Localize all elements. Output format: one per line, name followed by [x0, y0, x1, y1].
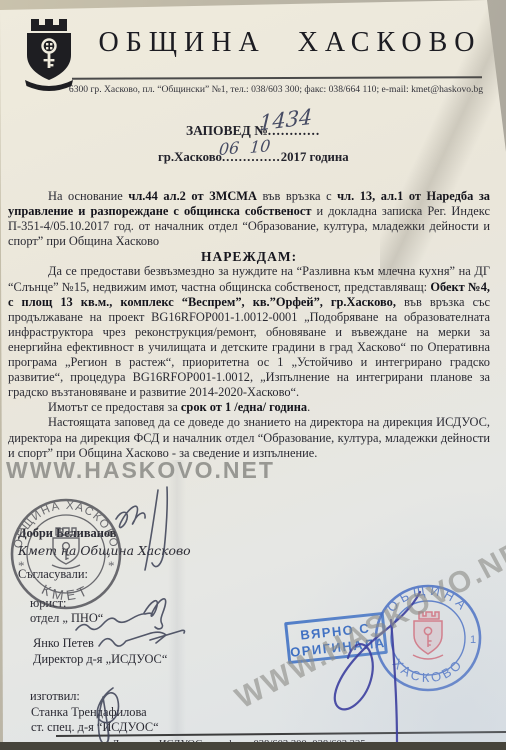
- signature-director: [99, 632, 166, 646]
- svg-text:*: *: [108, 558, 115, 573]
- scanned-document-page: ОБЩИНА ХАСКОВО 6300 гр. Хасково, пл. “Об…: [0, 0, 506, 747]
- svg-text:КМЕТ: КМЕТ: [39, 581, 93, 604]
- organization-title: ОБЩИНА ХАСКОВО: [88, 27, 492, 59]
- order-city: гр.Хасково: [158, 150, 222, 164]
- svg-text:1: 1: [470, 634, 476, 646]
- director-title: Директор д-я „ИСДУОС“: [33, 652, 167, 667]
- order-year: 2017 година: [281, 150, 349, 164]
- signature-jurist: [144, 599, 166, 629]
- scan-table-edge: [0, 742, 506, 750]
- order-label: ЗАПОВЕД №: [186, 123, 268, 138]
- signature-mayor: [145, 490, 158, 570]
- handwritten-day: 06: [218, 138, 240, 159]
- body-paragraph-3: Настоящата заповед да се доведе до знани…: [8, 415, 490, 460]
- signature-director: [150, 630, 185, 640]
- svg-text:ХАСКОВО: ХАСКОВО: [390, 656, 467, 686]
- svg-text:*: *: [18, 558, 25, 573]
- document-body: На основание чл.44 ал.2 от ЗМСМА във връ…: [8, 189, 490, 461]
- director-name: Янко Петев: [33, 636, 94, 651]
- prepared-label: изготвил:: [30, 689, 80, 704]
- prepared-title: ст. спец. д-я “ИСДУОС“: [31, 720, 159, 735]
- prepared-name: Станка Трендафилова: [31, 705, 147, 720]
- mayor-round-stamp: ОБЩИНА ХАСКОВО КМЕТ * *: [4, 492, 128, 616]
- paper-fold-shadow: [168, 460, 186, 747]
- handwritten-month: 10: [249, 136, 271, 157]
- watermark-horizontal: WWW.HASKOVO.NET: [6, 457, 275, 484]
- preamble-paragraph: На основание чл.44 ал.2 от ЗМСМА във връ…: [8, 189, 490, 249]
- haskovo-coat-of-arms-logo: [19, 15, 79, 93]
- organization-address: 6300 гр. Хасково, пл. “Общински” №1, тел…: [64, 84, 488, 95]
- header-divider: [72, 76, 482, 79]
- body-paragraph-2: Имотът се предоставя за срок от 1 /една/…: [8, 400, 490, 415]
- stamp-coat-of-arms: [52, 528, 80, 569]
- body-paragraph-1: Да се предостави безвъзмездно за нуждите…: [8, 264, 490, 400]
- order-heading: НАРЕЖДАМ:: [8, 249, 490, 264]
